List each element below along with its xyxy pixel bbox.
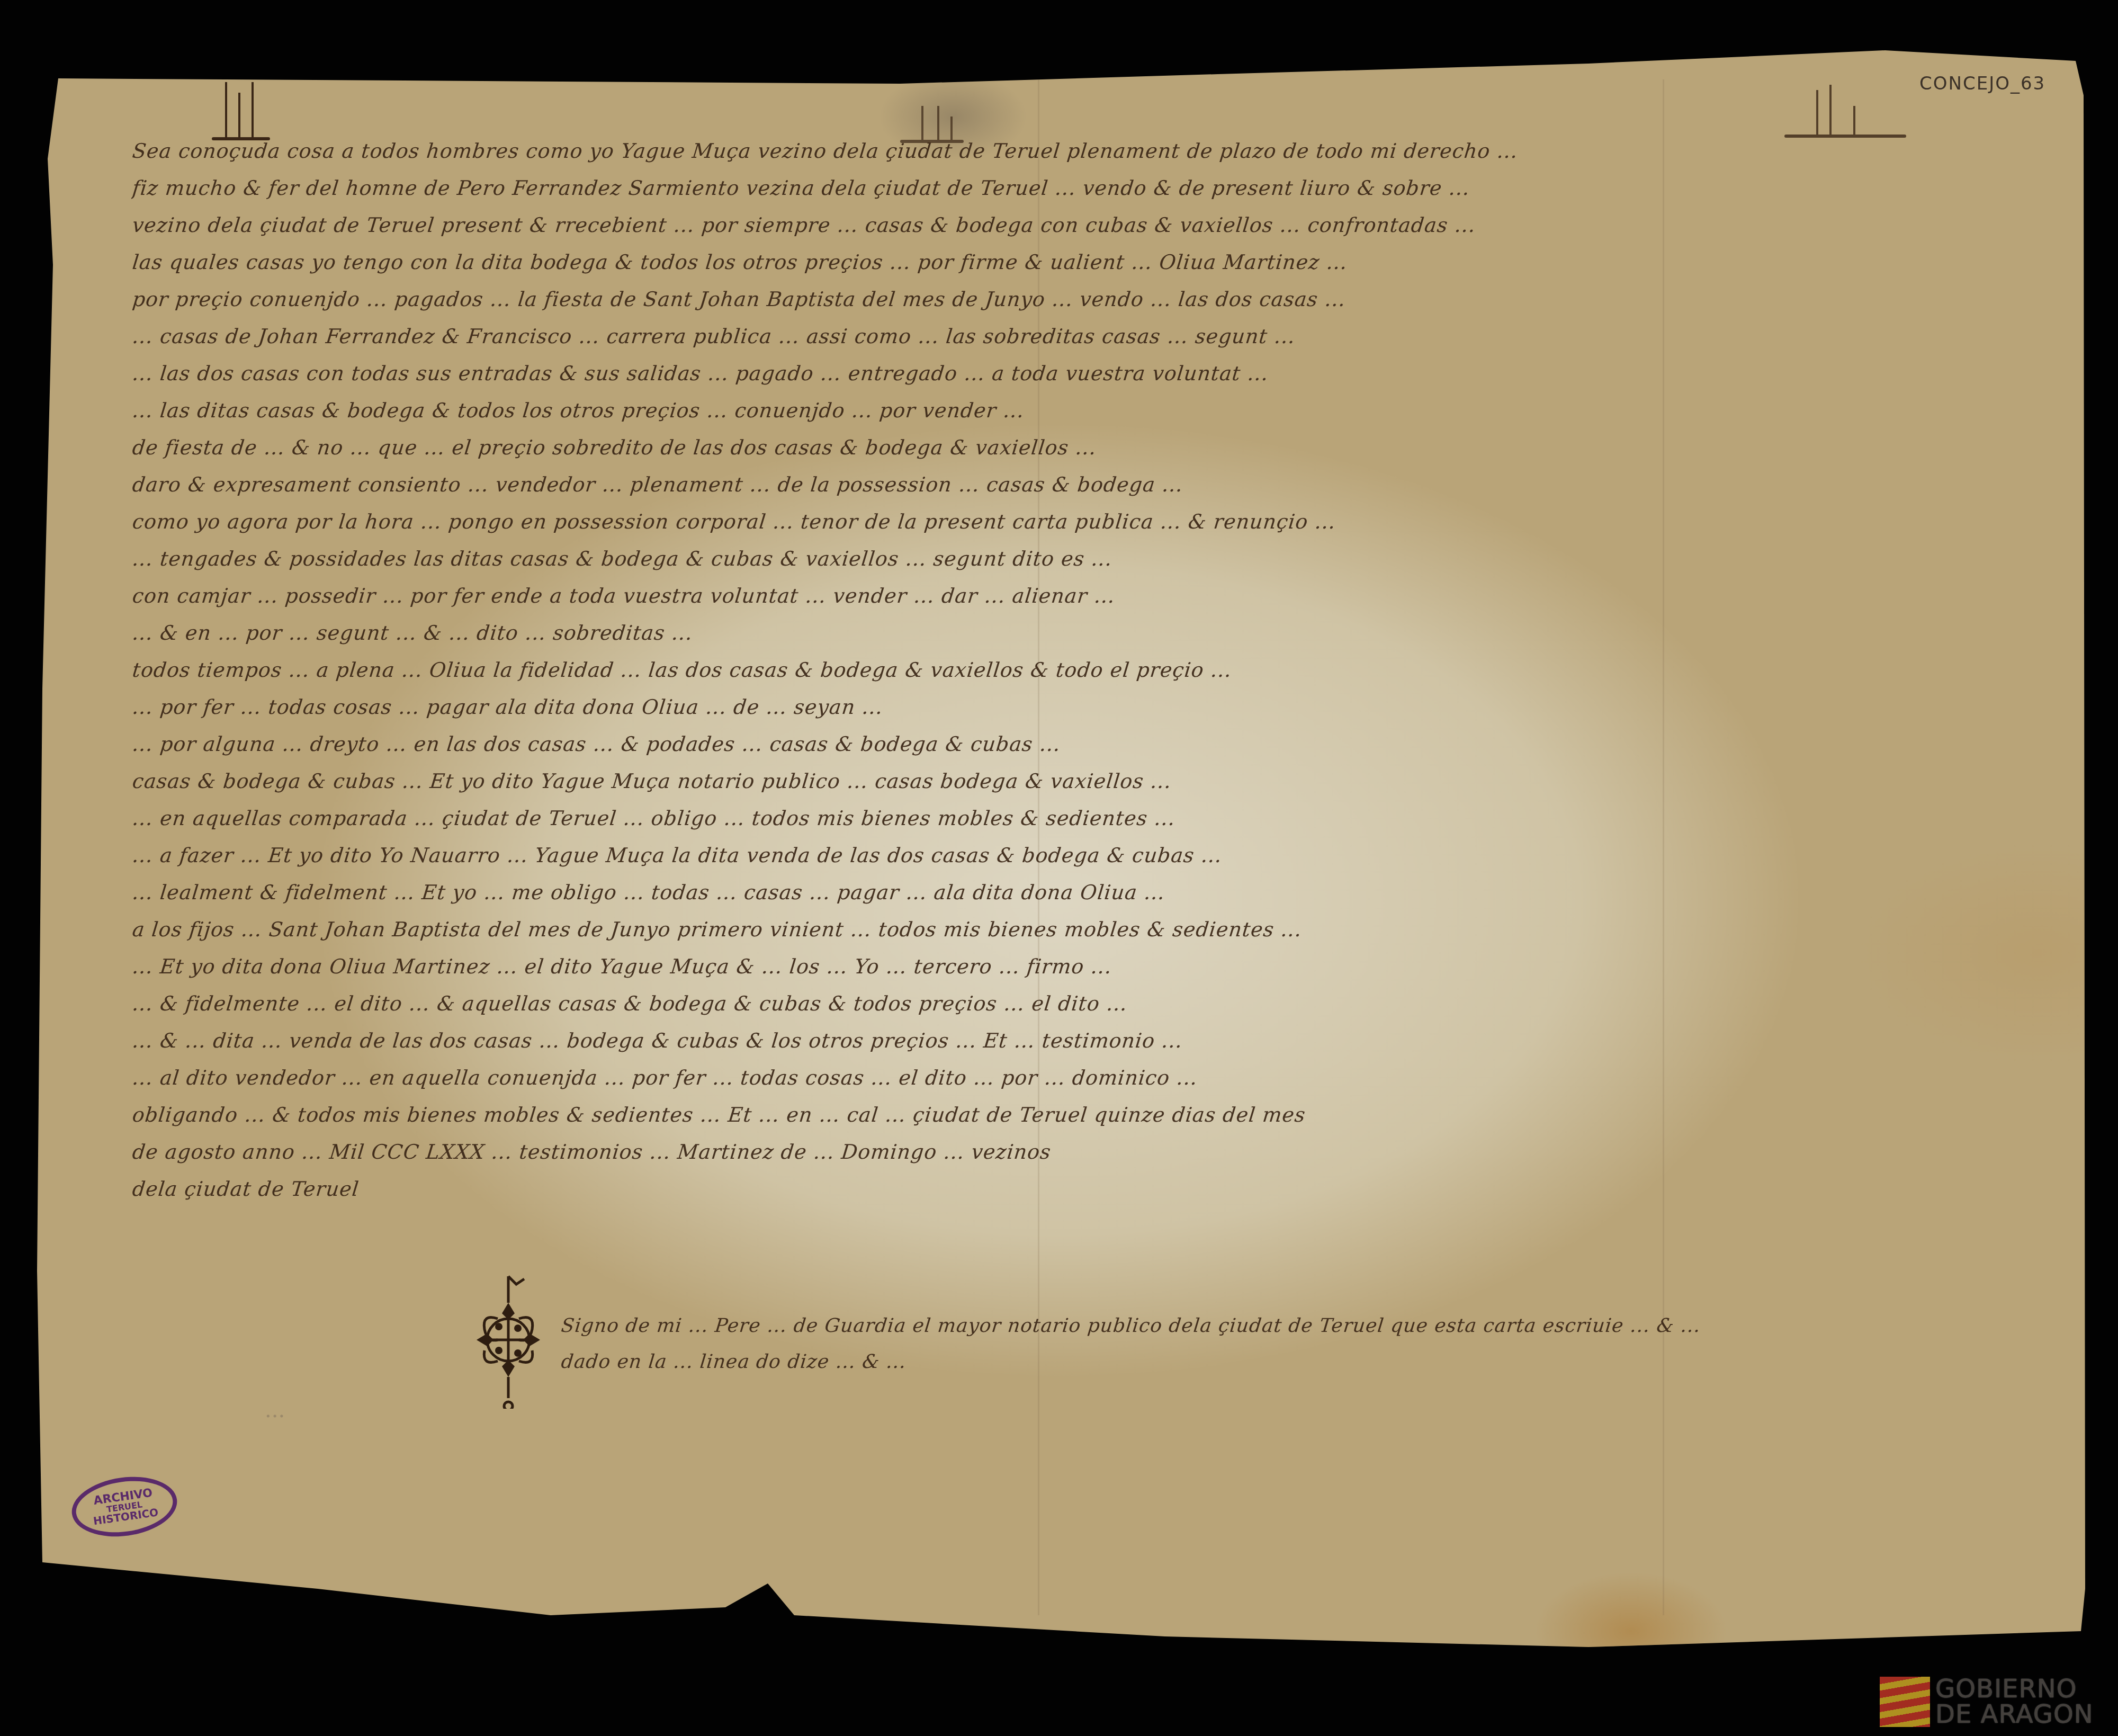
text-line: ... en aquellas comparada ... çiudat de …: [130, 800, 2019, 837]
registry-mark-right: [1784, 79, 1906, 138]
text-line: las quales casas yo tengo con la dita bo…: [130, 244, 2019, 281]
text-line: ... las dos casas con todas sus entradas…: [130, 355, 2019, 392]
watermark-line-2: DE ARAGON: [1935, 1702, 2094, 1727]
text-line: de agosto anno ... Mil CCC LXXX ... test…: [130, 1133, 2019, 1170]
text-line: como yo agora por la hora ... pongo en p…: [130, 503, 2019, 540]
text-line: obligando ... & todos mis bienes mobles …: [130, 1096, 2019, 1133]
text-line: ... por fer ... todas cosas ... pagar al…: [130, 688, 2019, 726]
text-line: ... tengades & possidades las ditas casa…: [130, 540, 2019, 577]
notarial-subscription: Signo de mi ... Pere ... de Guardia el m…: [392, 1308, 1980, 1380]
charter-body-text: Sea conoçuda cosa a todos hombres como y…: [132, 132, 2017, 1207]
shelfmark-label: CONCEJO_63: [1919, 73, 2045, 94]
text-line: a los fijos ... Sant Johan Baptista del …: [130, 911, 2019, 948]
text-line: todos tiempos ... a plena ... Oliua la f…: [130, 651, 2019, 688]
text-line: Sea conoçuda cosa a todos hombres como y…: [130, 132, 2019, 169]
text-line: casas & bodega & cubas ... Et yo dito Ya…: [130, 763, 2019, 800]
text-line: vezino dela çiudat de Teruel present & r…: [130, 207, 2019, 244]
text-line: daro & expresament consiento ... vendedo…: [130, 466, 2019, 503]
photo-background: CONCEJO_63 Sea conoçuda cosa a todos hom…: [0, 0, 2118, 1736]
text-line: ... al dito vendedor ... en aquella conu…: [130, 1059, 2019, 1096]
text-line: de fiesta de ... & no ... que ... el pre…: [130, 429, 2019, 466]
text-line: ... Et yo dita dona Oliua Martinez ... e…: [130, 948, 2019, 985]
gobierno-aragon-watermark: GOBIERNO DE ARAGON: [1880, 1676, 2094, 1727]
text-line: ... & ... dita ... venda de las dos casa…: [130, 1022, 2019, 1059]
text-line: Signo de mi ... Pere ... de Guardia el m…: [390, 1308, 1982, 1344]
aragon-flag-icon: [1880, 1677, 1930, 1727]
text-line: dado en la ... linea do dize ... & ...: [390, 1344, 1039, 1380]
registry-mark-left: [212, 82, 270, 140]
text-line: ... & fidelmente ... el dito ... & aquel…: [130, 985, 2019, 1022]
text-line: por preçio conuenjdo ... pagados ... la …: [130, 281, 2019, 318]
watermark-line-1: GOBIERNO: [1935, 1676, 2094, 1702]
text-line: ... & en ... por ... segunt ... & ... di…: [130, 614, 2019, 651]
text-line: ... lealment & fidelment ... Et yo ... m…: [130, 874, 2019, 911]
text-line: ... las ditas casas & bodega & todos los…: [130, 392, 2019, 429]
text-line: ... casas de Johan Ferrandez & Francisco…: [130, 318, 2019, 355]
text-line: fiz mucho & fer del homne de Pero Ferran…: [130, 169, 2019, 207]
text-line: ... por alguna ... dreyto ... en las dos…: [130, 726, 2019, 763]
faint-annotation: ...: [265, 1398, 285, 1422]
text-line: con camjar ... possedir ... por fer ende…: [130, 577, 2019, 614]
text-line: dela çiudat de Teruel: [130, 1170, 2019, 1207]
archive-stamp: ARCHIVO TERUEL HISTORICO: [68, 1471, 181, 1543]
text-line: ... a fazer ... Et yo dito Yo Nauarro ..…: [130, 837, 2019, 874]
parchment-sheet: CONCEJO_63 Sea conoçuda cosa a todos hom…: [0, 0, 2118, 1736]
